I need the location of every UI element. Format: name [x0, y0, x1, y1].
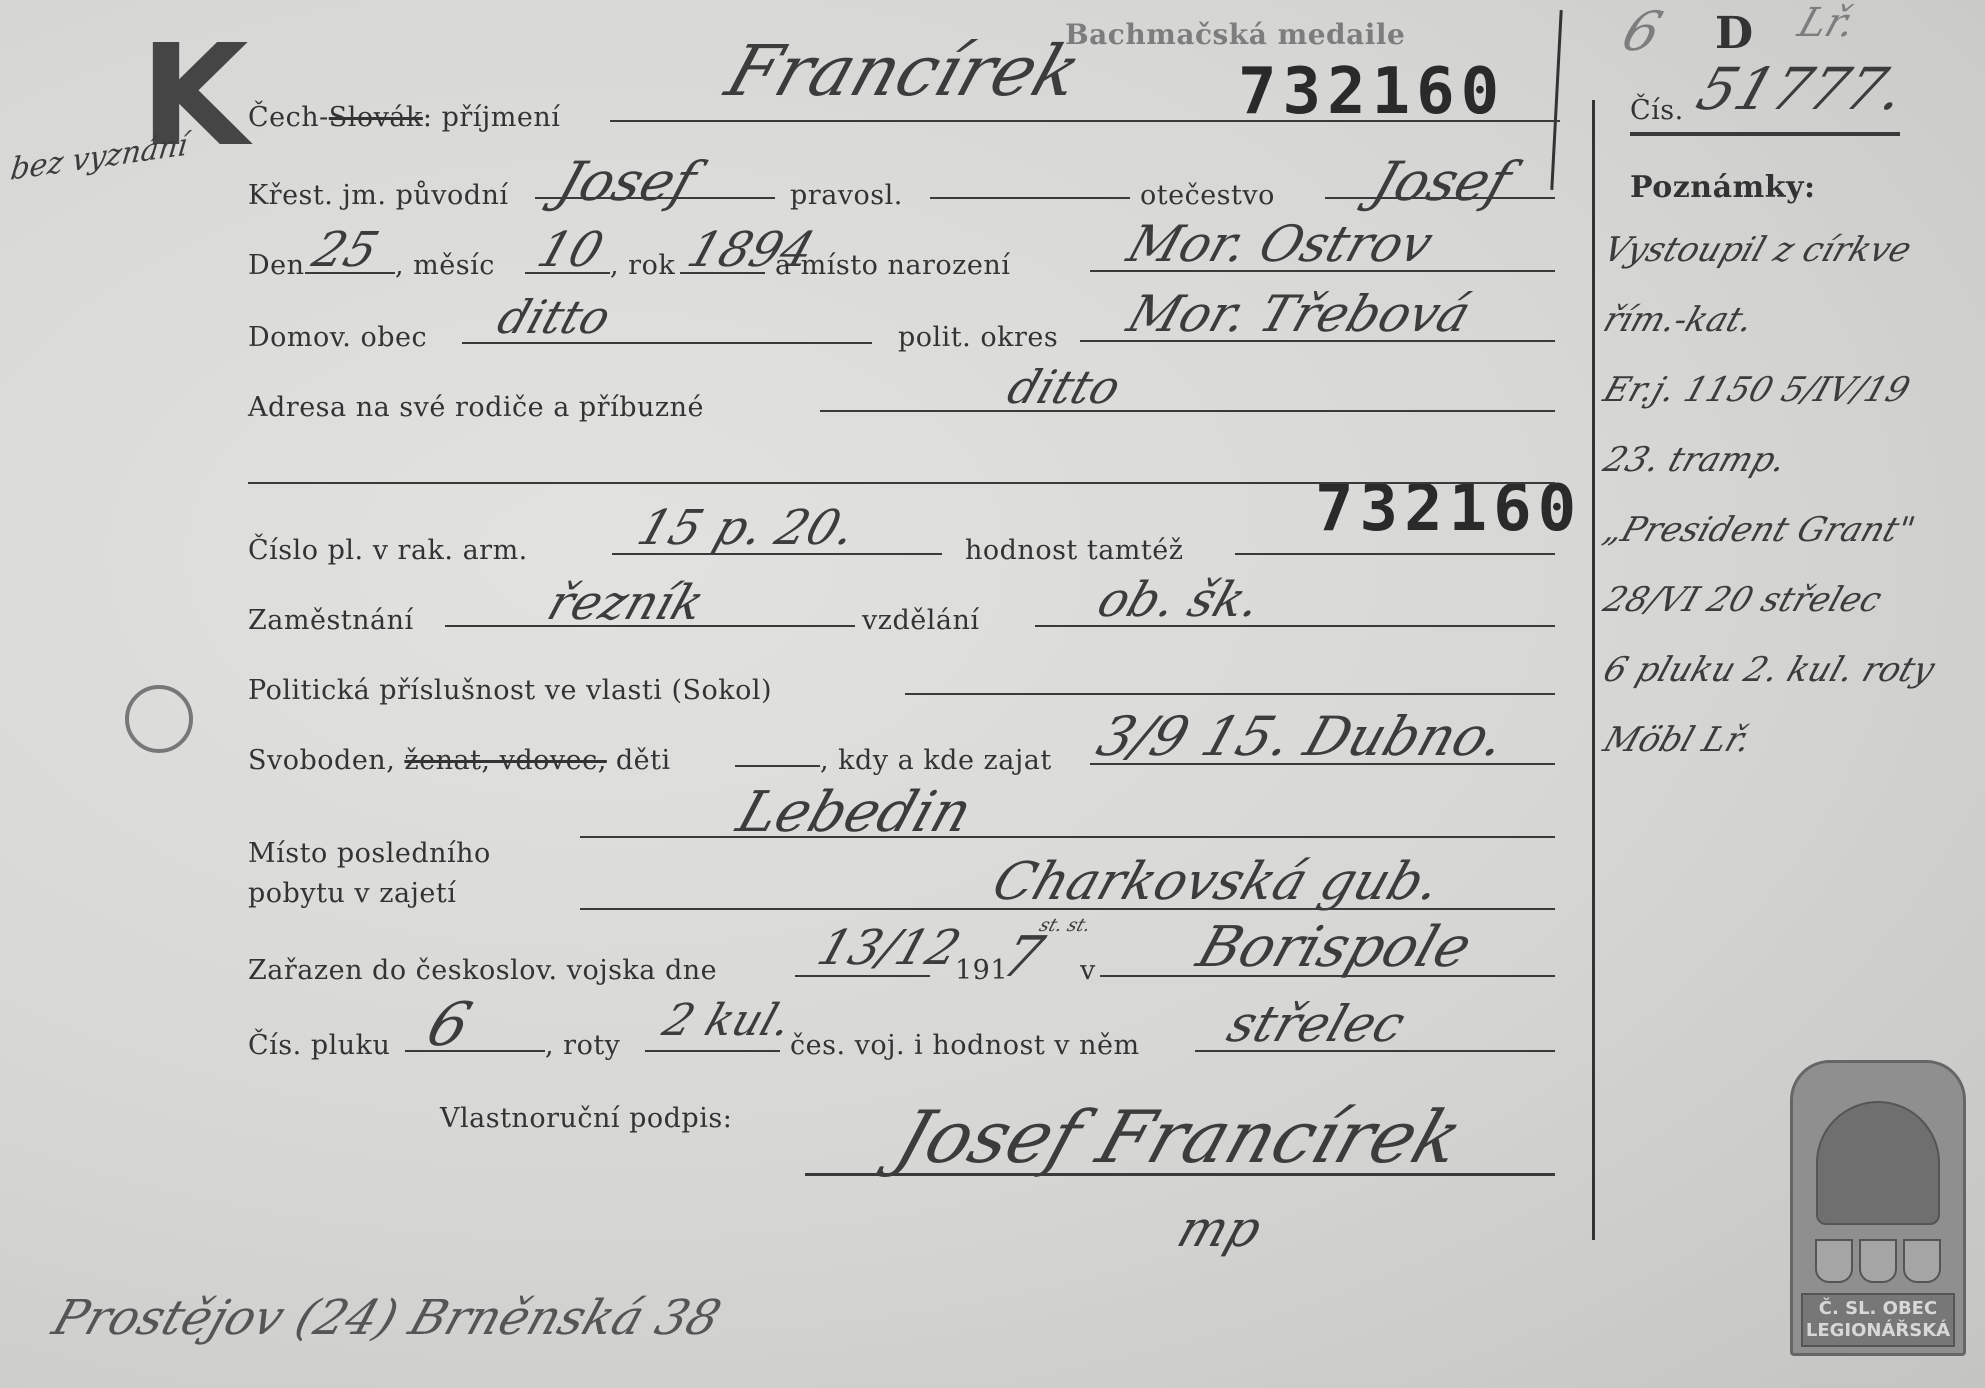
orthodox-line — [930, 197, 1130, 199]
education-value: ob. šk. — [1091, 572, 1268, 628]
legion-community-logo: Č. SL. OBECLEGIONÁŘSKÁ — [1790, 1060, 1966, 1356]
company-value: 2 kul. — [657, 995, 799, 1046]
signature-suffix: mp — [1171, 1200, 1269, 1258]
surname-line — [610, 120, 1560, 122]
letter-stamp: D — [1715, 8, 1754, 59]
month-value: 10 — [531, 222, 610, 278]
parents-address-value: ditto — [1001, 360, 1127, 414]
parents-address-label: Adresa na své rodiče a příbuzné — [248, 392, 704, 423]
orthodox-label: pravosl. — [790, 180, 903, 211]
first-name-label: Křest. jm. původní — [248, 180, 509, 211]
month-label: , měsíc — [395, 250, 495, 281]
pencil-stroke — [1550, 10, 1562, 190]
pencil-circle-mark — [125, 685, 193, 753]
last-stay-value-2: Charkovská gub. — [985, 852, 1448, 912]
political-line — [905, 693, 1555, 695]
rank-there-line — [1235, 553, 1555, 555]
pencil-mark-number: 6 — [1615, 0, 1670, 63]
note-line: 23. tramp. — [1594, 425, 1985, 495]
last-stay-line-1 — [580, 836, 1555, 838]
birthplace-value: Mor. Ostrov — [1121, 215, 1440, 273]
address-note: Prostějov (24) Brněnská 38 — [46, 1290, 728, 1346]
note-line: řím.-kat. — [1594, 285, 1985, 355]
marital-label: Svoboden, ženat, vdovec, děti — [248, 745, 671, 776]
enlisted-place-label: v — [1080, 955, 1096, 986]
note-line: 28/VI 20 střelec — [1594, 565, 1985, 635]
parents-address-line-2 — [248, 482, 1555, 484]
district-label: polit. okres — [898, 322, 1058, 353]
regiment-label: Čís. pluku — [248, 1030, 390, 1061]
district-value: Mor. Třebová — [1121, 285, 1478, 343]
signature-value: Josef Francírek — [886, 1095, 1472, 1179]
note-line: „President Grant" — [1594, 495, 1985, 565]
enlisted-label: Zařazen do českoslov. vojska dne — [248, 955, 717, 986]
note-line: 6 pluku 2. kul. roty — [1594, 635, 1985, 705]
company-label: , roty — [545, 1030, 620, 1061]
column-divider — [1592, 100, 1595, 1240]
note-line: Möbl Lř. — [1594, 705, 1985, 775]
surname-value: Francírek — [717, 30, 1091, 112]
logo-text: Č. SL. OBECLEGIONÁŘSKÁ — [1801, 1293, 1955, 1347]
medal-stamp: Bachmačská medaile — [1065, 18, 1405, 51]
day-label: Den — [248, 250, 305, 281]
surname-label: Čech-Slovák: příjmení — [248, 102, 560, 133]
father-name-value: Josef — [1365, 150, 1519, 213]
austrian-regiment-label: Číslo pl. v rak. arm. — [248, 535, 528, 566]
occupation-label: Zaměstnání — [248, 605, 414, 636]
last-stay-value-1: Lebedin — [729, 780, 979, 845]
legionnaire-record-card: K bez vyznání Bachmačská medaile 732160 … — [0, 0, 1985, 1388]
enlisted-place: Borispole — [1189, 915, 1479, 980]
day-value: 25 — [306, 222, 385, 278]
signature-label: Vlastnoruční podpis: — [440, 1103, 732, 1134]
birthplace-label: a místo narození — [775, 250, 1010, 281]
parents-address-line — [820, 410, 1555, 412]
year-label: , rok — [610, 250, 675, 281]
children-line — [735, 765, 820, 767]
company-line — [645, 1050, 780, 1052]
coat-of-arms-icon — [1815, 1239, 1941, 1283]
education-label: vzdělání — [862, 605, 980, 636]
enlisted-date: 13/12 — [811, 920, 968, 976]
cz-rank-label: čes. voj. i hodnost v něm — [790, 1030, 1140, 1061]
religion-note: bez vyznání — [9, 127, 190, 188]
home-municipality-value: ditto — [491, 290, 617, 344]
enlisted-superscript: st. st. — [1037, 915, 1094, 936]
cis-line — [1630, 132, 1900, 136]
cis-label: Čís. — [1630, 95, 1684, 126]
rank-there-label: hodnost tamtéž — [965, 535, 1183, 566]
cz-rank-value: střelec — [1221, 995, 1413, 1053]
austrian-regiment-value: 15 p. 20. — [631, 500, 863, 556]
cis-value: 51777. — [1689, 55, 1914, 123]
last-stay-label-1: Místo posledního — [248, 838, 491, 869]
pencil-initials: Lř. — [1793, 0, 1862, 46]
captured-value: 3/9 15. Dubno. — [1090, 705, 1514, 768]
soldier-head-icon — [1816, 1101, 1940, 1225]
political-label: Politická příslušnost ve vlasti (Sokol) — [248, 675, 772, 706]
last-stay-label-2: pobytu v zajetí — [248, 878, 456, 909]
note-line: Er.j. 1150 5/IV/19 — [1594, 355, 1985, 425]
notes-label: Poznámky: — [1630, 170, 1816, 205]
father-name-label: otečestvo — [1140, 180, 1275, 211]
stamp-number-top: 732160 — [1238, 55, 1505, 129]
home-municipality-label: Domov. obec — [248, 322, 427, 353]
first-name-value: Josef — [550, 150, 704, 213]
captured-label: , kdy a kde zajat — [820, 745, 1052, 776]
notes-list: Vystoupil z církve řím.-kat. Er.j. 1150 … — [1605, 215, 1975, 775]
note-line: Vystoupil z církve — [1594, 215, 1985, 285]
occupation-value: řezník — [541, 575, 711, 631]
